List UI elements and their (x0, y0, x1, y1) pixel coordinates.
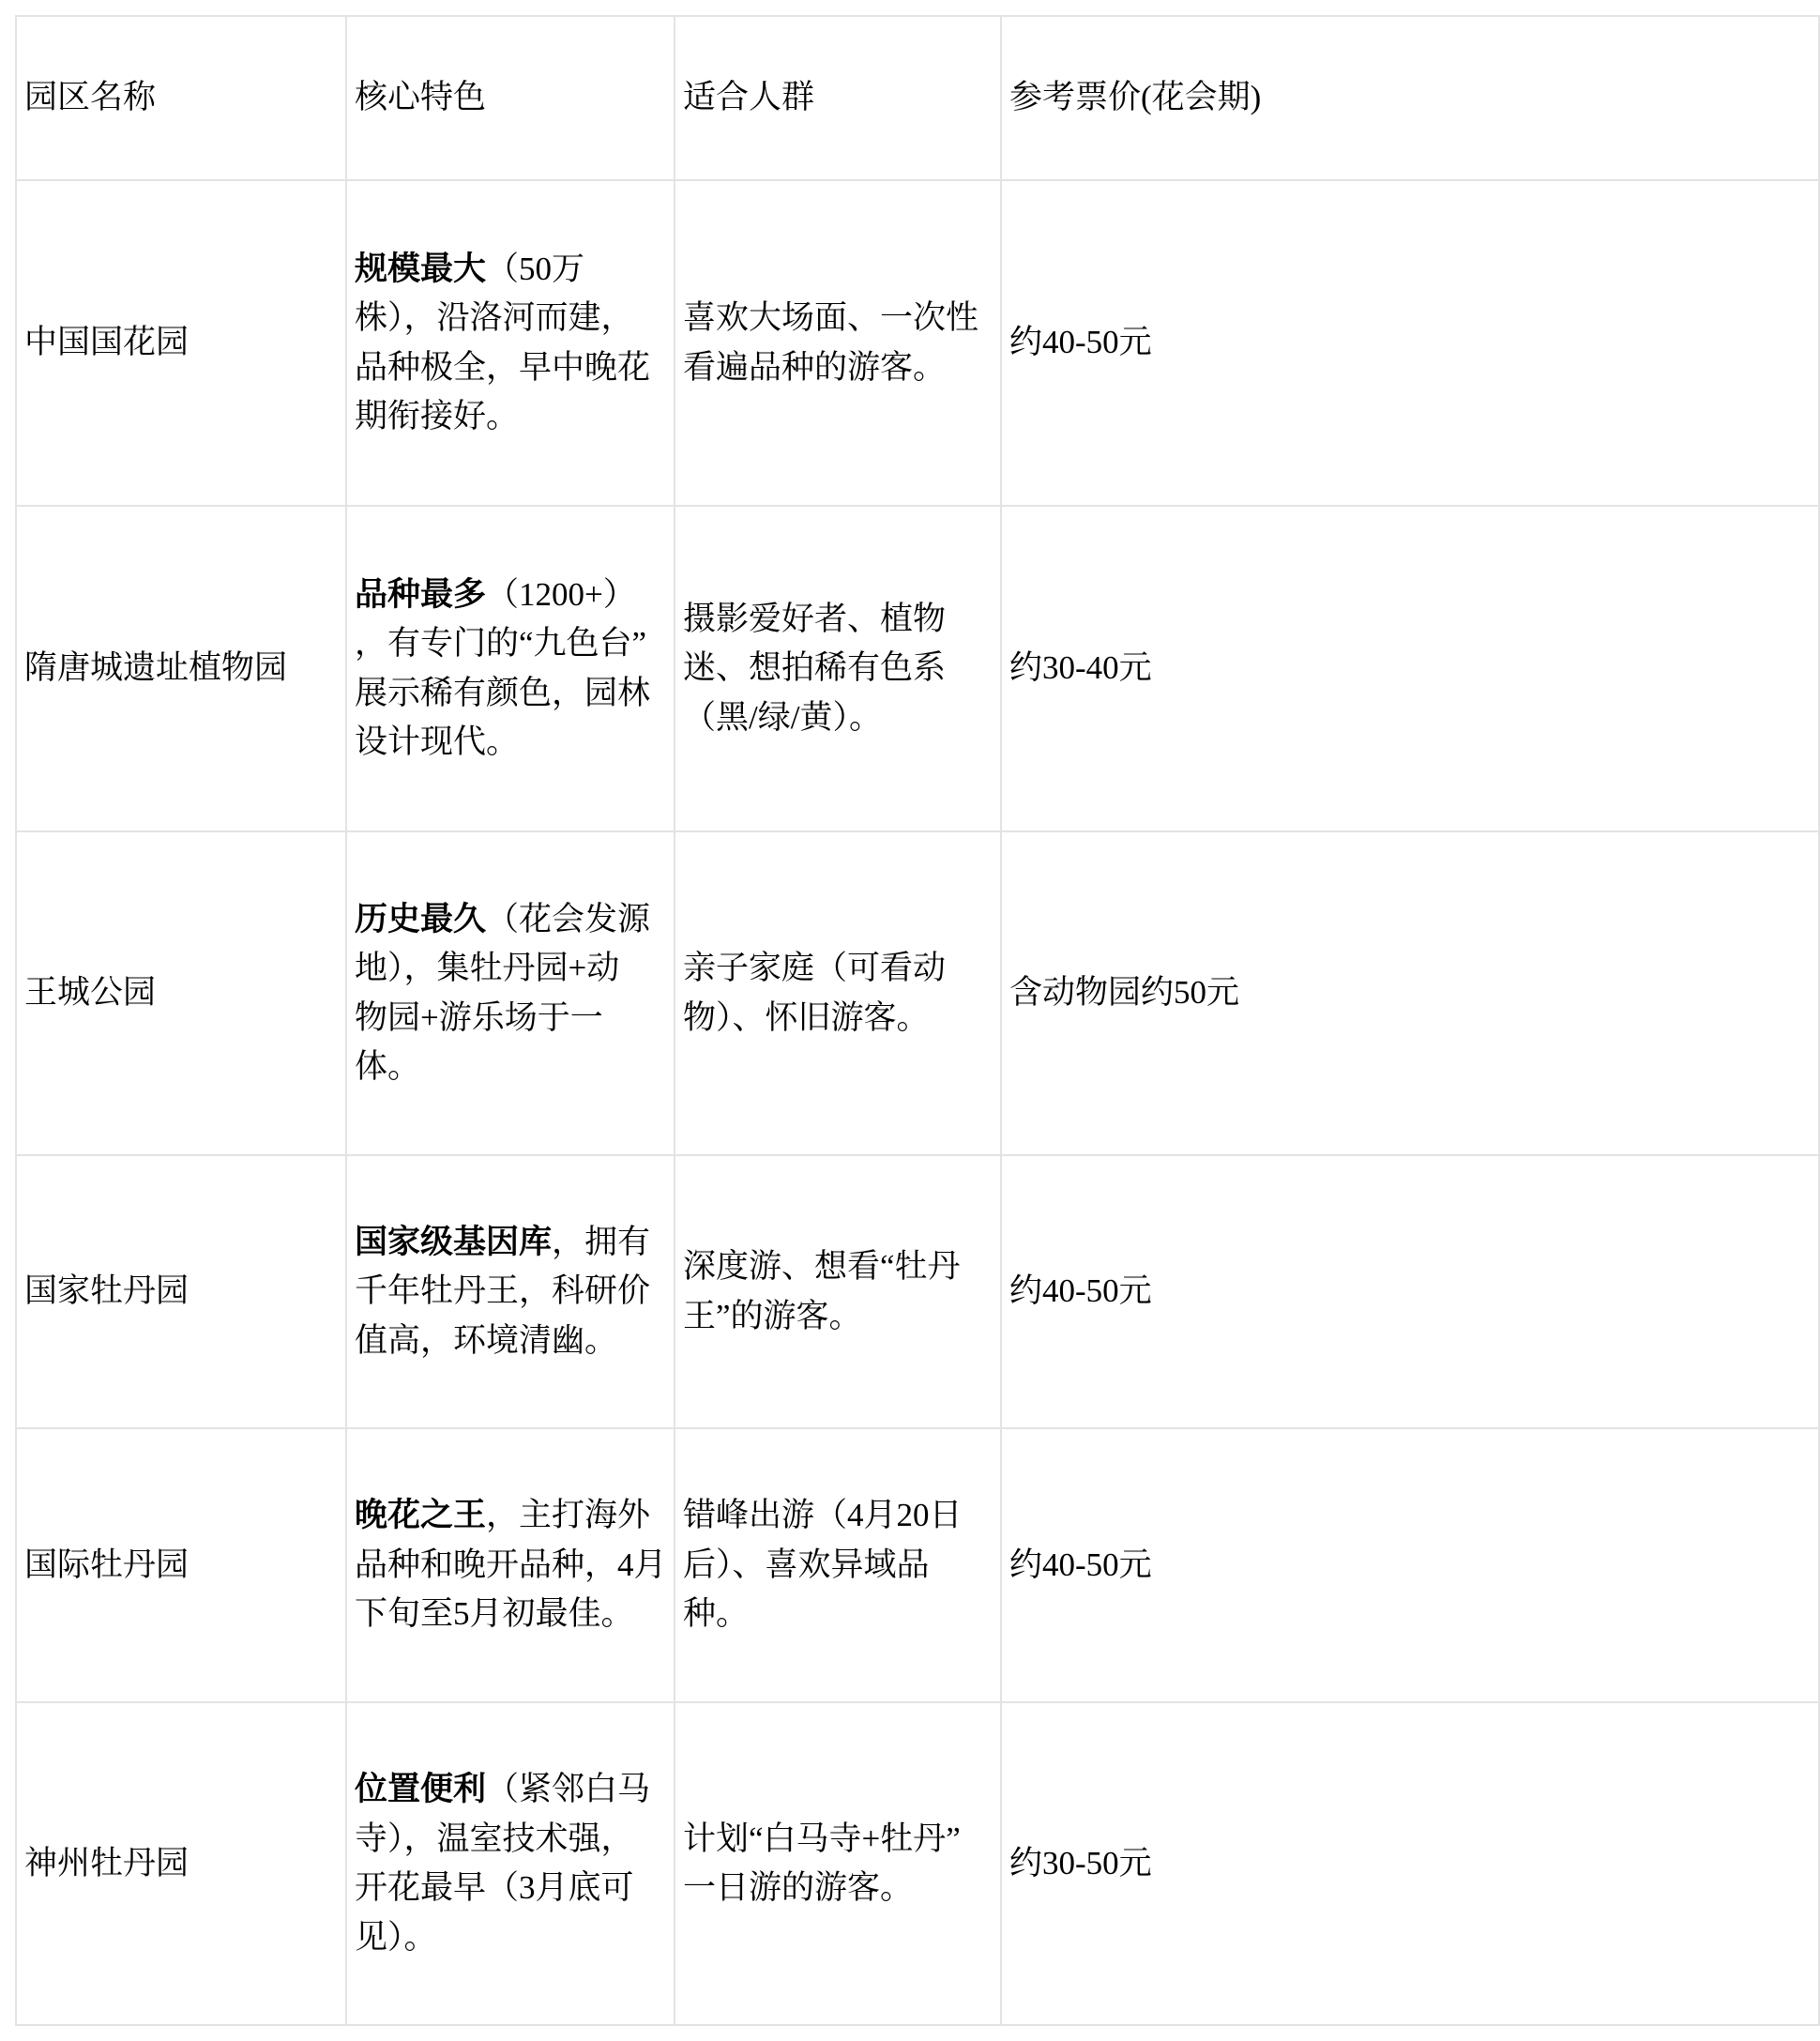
cell-core-feature: 历史最久（花会发源 地），集牡丹园+动 物园+游乐场于一 体。 (346, 831, 675, 1155)
table-row: 王城公园 历史最久（花会发源 地），集牡丹园+动 物园+游乐场于一 体。 亲子家… (16, 831, 1819, 1155)
core-feature-text: 国家级基因库，拥有 千年牡丹王，科研价 值高，环境清幽。 (355, 1218, 668, 1366)
core-feature-text: 规模最大（50万 株），沿洛河而建， 品种极全，早中晚花 期衔接好。 (355, 245, 668, 442)
cell-park-name: 中国国花园 (16, 180, 346, 506)
cell-price: 含动物园约50元 (1001, 831, 1819, 1155)
cell-core-feature: 规模最大（50万 株），沿洛河而建， 品种极全，早中晚花 期衔接好。 (346, 180, 675, 506)
table-row: 国家牡丹园 国家级基因库，拥有 千年牡丹王，科研价 值高，环境清幽。 深度游、想… (16, 1155, 1819, 1428)
audience-text: 错峰出游（4月20日 后）、喜欢异域品 种。 (683, 1491, 994, 1639)
core-feature-text: 品种最多（1200+） ，有专门的“九色台” 展示稀有颜色，园林 设计现代。 (355, 571, 668, 768)
table-row: 中国国花园 规模最大（50万 株），沿洛河而建， 品种极全，早中晚花 期衔接好。… (16, 180, 1819, 506)
cell-price: 约40-50元 (1001, 180, 1819, 506)
feature-highlight: 品种最多 (355, 576, 486, 613)
core-feature-text: 晚花之王，主打海外 品种和晚开品种，4月 下旬至5月初最佳。 (355, 1491, 668, 1639)
table-row: 神州牡丹园 位置便利（紧邻白马 寺），温室技术强， 开花最早（3月底可 见）。 … (16, 1702, 1819, 2025)
cell-audience: 计划“白马寺+牡丹” 一日游的游客。 (675, 1702, 1001, 2025)
cell-core-feature: 晚花之王，主打海外 品种和晚开品种，4月 下旬至5月初最佳。 (346, 1428, 675, 1702)
audience-text: 喜欢大场面、一次性 看遍品种的游客。 (683, 294, 994, 392)
cell-park-name: 隋唐城遗址植物园 (16, 506, 346, 831)
column-header-core-feature: 核心特色 (346, 16, 675, 180)
cell-price: 约30-40元 (1001, 506, 1819, 831)
core-feature-text: 位置便利（紧邻白马 寺），温室技术强， 开花最早（3月底可 见）。 (355, 1765, 668, 1962)
cell-price: 约40-50元 (1001, 1428, 1819, 1702)
cell-audience: 喜欢大场面、一次性 看遍品种的游客。 (675, 180, 1001, 506)
cell-audience: 错峰出游（4月20日 后）、喜欢异域品 种。 (675, 1428, 1001, 1702)
cell-price: 约40-50元 (1001, 1155, 1819, 1428)
cell-audience: 深度游、想看“牡丹 王”的游客。 (675, 1155, 1001, 1428)
feature-highlight: 晚花之王 (355, 1497, 486, 1533)
cell-audience: 亲子家庭（可看动 物）、怀旧游客。 (675, 831, 1001, 1155)
cell-audience: 摄影爱好者、植物 迷、想拍稀有色系 （黑/绿/黄）。 (675, 506, 1001, 831)
column-header-price: 参考票价(花会期) (1001, 16, 1819, 180)
feature-highlight: 位置便利 (355, 1771, 486, 1807)
cell-park-name: 国家牡丹园 (16, 1155, 346, 1428)
audience-text: 深度游、想看“牡丹 王”的游客。 (683, 1242, 994, 1341)
park-comparison-table: 园区名称 核心特色 适合人群 参考票价(花会期) 中国国花园 规模最大（50万 … (15, 15, 1820, 2026)
cell-park-name: 神州牡丹园 (16, 1702, 346, 2025)
table-row: 隋唐城遗址植物园 品种最多（1200+） ，有专门的“九色台” 展示稀有颜色，园… (16, 506, 1819, 831)
cell-core-feature: 品种最多（1200+） ，有专门的“九色台” 展示稀有颜色，园林 设计现代。 (346, 506, 675, 831)
audience-text: 亲子家庭（可看动 物）、怀旧游客。 (683, 944, 994, 1043)
core-feature-text: 历史最久（花会发源 地），集牡丹园+动 物园+游乐场于一 体。 (355, 895, 668, 1092)
table-row: 国际牡丹园 晚花之王，主打海外 品种和晚开品种，4月 下旬至5月初最佳。 错峰出… (16, 1428, 1819, 1702)
cell-core-feature: 国家级基因库，拥有 千年牡丹王，科研价 值高，环境清幽。 (346, 1155, 675, 1428)
cell-core-feature: 位置便利（紧邻白马 寺），温室技术强， 开花最早（3月底可 见）。 (346, 1702, 675, 2025)
cell-park-name: 王城公园 (16, 831, 346, 1155)
column-header-audience: 适合人群 (675, 16, 1001, 180)
audience-text: 摄影爱好者、植物 迷、想拍稀有色系 （黑/绿/黄）。 (683, 595, 994, 743)
cell-price: 约30-50元 (1001, 1702, 1819, 2025)
table-header-row: 园区名称 核心特色 适合人群 参考票价(花会期) (16, 16, 1819, 180)
column-header-park-name: 园区名称 (16, 16, 346, 180)
audience-text: 计划“白马寺+牡丹” 一日游的游客。 (683, 1815, 994, 1913)
feature-highlight: 规模最大 (355, 251, 486, 287)
cell-park-name: 国际牡丹园 (16, 1428, 346, 1702)
feature-highlight: 历史最久 (355, 901, 486, 937)
feature-highlight: 国家级基因库 (355, 1224, 552, 1260)
